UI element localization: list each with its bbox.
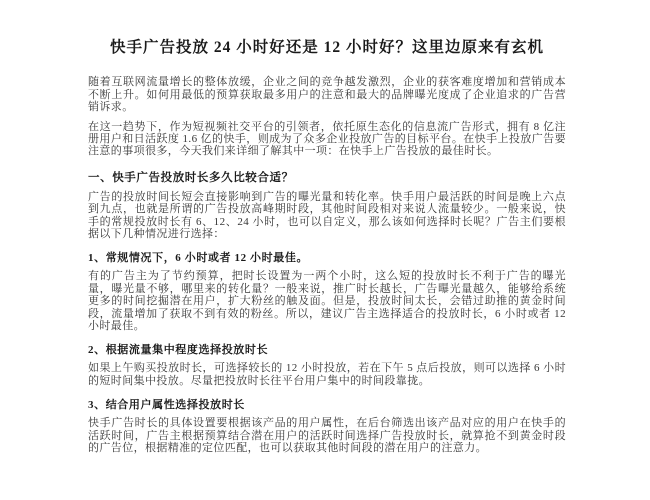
subsection-heading-1: 1、常规情况下，6 小时或者 12 小时最佳。 bbox=[88, 249, 566, 265]
subsection-body-1: 有的广告主为了节约预算，把时长设置为一两个小时，这么短的投放时长不利于广告的曝光… bbox=[88, 270, 566, 332]
subsection-heading-2: 2、根据流量集中程度选择投放时长 bbox=[88, 341, 566, 357]
article-page: 快手广告投放 24 小时好还是 12 小时好？这里边原来有玄机 随着互联网流量增… bbox=[0, 0, 650, 500]
article-title: 快手广告投放 24 小时好还是 12 小时好？这里边原来有玄机 bbox=[88, 38, 566, 57]
intro-paragraph-1: 随着互联网流量增长的整体放缓，企业之间的竞争越发激烈，企业的获客难度增加和营销成… bbox=[88, 76, 566, 113]
section-intro-paragraph: 广告的投放时间长短会直接影响到广告的曝光量和转化率。快手用户最活跃的时间是晚上六… bbox=[88, 191, 566, 241]
section-heading: 一、快手广告投放时长多久比较合适？ bbox=[88, 169, 566, 185]
intro-paragraph-2: 在这一趋势下，作为短视频社交平台的引领者，依托原生态化的信息流广告形式，拥有 8… bbox=[88, 121, 566, 158]
subsection-body-2: 如果上午购买投放时长，可选择较长的 12 小时投放，若在下午 5 点后投放，则可… bbox=[88, 362, 566, 387]
subsection-heading-3: 3、结合用户属性选择投放时长 bbox=[88, 396, 566, 412]
subsection-body-3: 快手广告时长的具体设置要根据该产品的用户属性，在后台筛选出该产品对应的用户在快手… bbox=[88, 417, 566, 454]
